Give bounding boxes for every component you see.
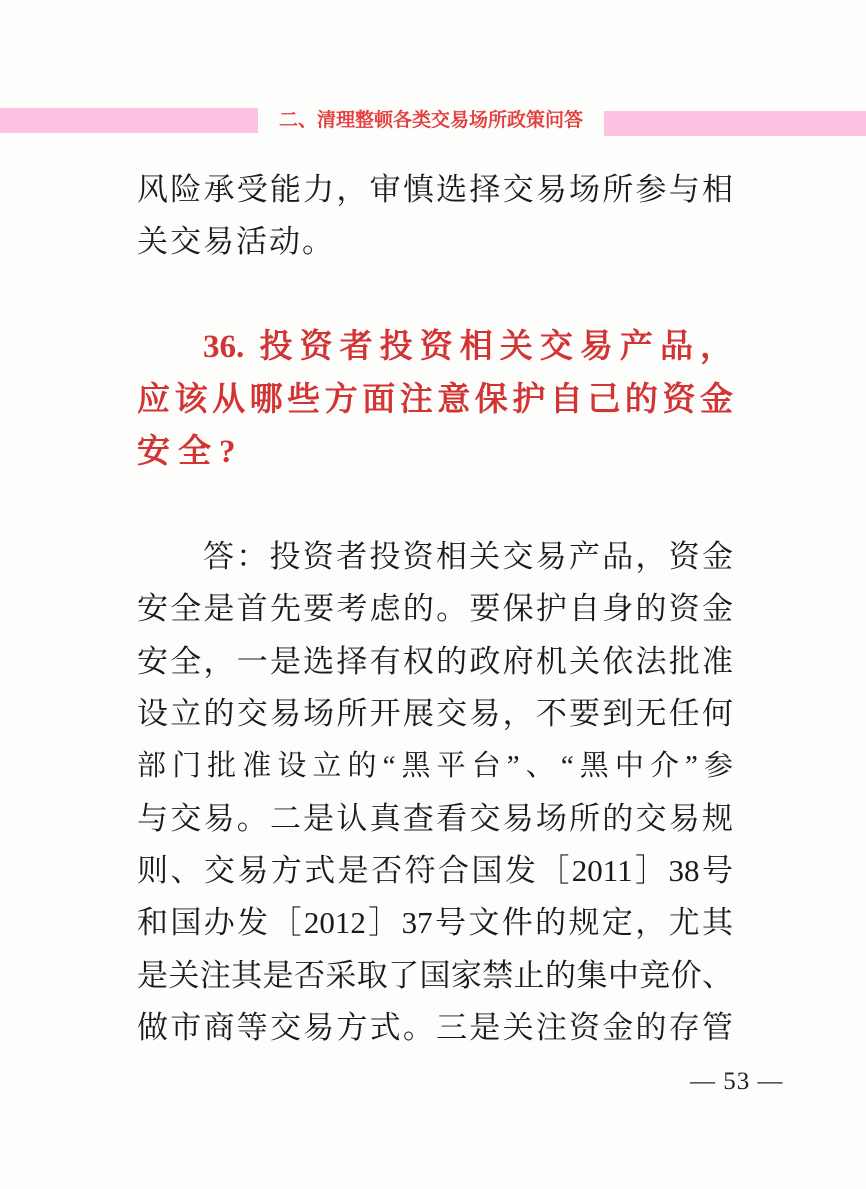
blank-line <box>137 269 733 321</box>
chapter-header-title: 二、清理整顿各类交易场所政策问答 <box>276 106 586 135</box>
answer-line: 是关注其是否采取了国家禁止的集中竞价、 <box>137 950 733 1002</box>
answer-line: 则、交易方式是否符合国发［2011］38号 <box>137 845 733 897</box>
answer-line: 部门批准设立的“黑平台”、“黑中介”参 <box>137 740 733 792</box>
answer-line: 与交易。二是认真查看交易场所的交易规 <box>137 793 733 845</box>
answer-line: 安全是首先要考虑的。要保护自身的资金 <box>137 583 733 635</box>
page-number: — 53 — <box>690 1068 784 1096</box>
page: 二、清理整顿各类交易场所政策问答 风险承受能力，审慎选择交易场所参与相 关交易活… <box>0 0 866 1189</box>
header-band-left <box>0 108 258 133</box>
page-content: 风险承受能力，审慎选择交易场所参与相 关交易活动。 36. 投资者投资相关交易产… <box>137 164 733 1055</box>
header-band-right <box>604 111 866 136</box>
answer-line: 设立的交易场所开展交易，不要到无任何 <box>137 688 733 740</box>
blank-line <box>137 478 733 530</box>
answer-line: 安全，一是选择有权的政府机关依法批准 <box>137 636 733 688</box>
answer-line: 和国办发［2012］37号文件的规定，尤其 <box>137 897 733 949</box>
question-heading-line: 安全? <box>137 426 733 478</box>
answer-line: 答：投资者投资相关交易产品，资金 <box>137 531 733 583</box>
answer-line: 做市商等交易方式。三是关注资金的存管 <box>137 1002 733 1054</box>
question-heading-line: 应该从哪些方面注意保护自己的资金 <box>137 374 733 426</box>
paragraph-line: 风险承受能力，审慎选择交易场所参与相 <box>137 164 733 216</box>
question-heading-line: 36. 投资者投资相关交易产品， <box>137 321 733 373</box>
paragraph-line: 关交易活动。 <box>137 216 733 268</box>
